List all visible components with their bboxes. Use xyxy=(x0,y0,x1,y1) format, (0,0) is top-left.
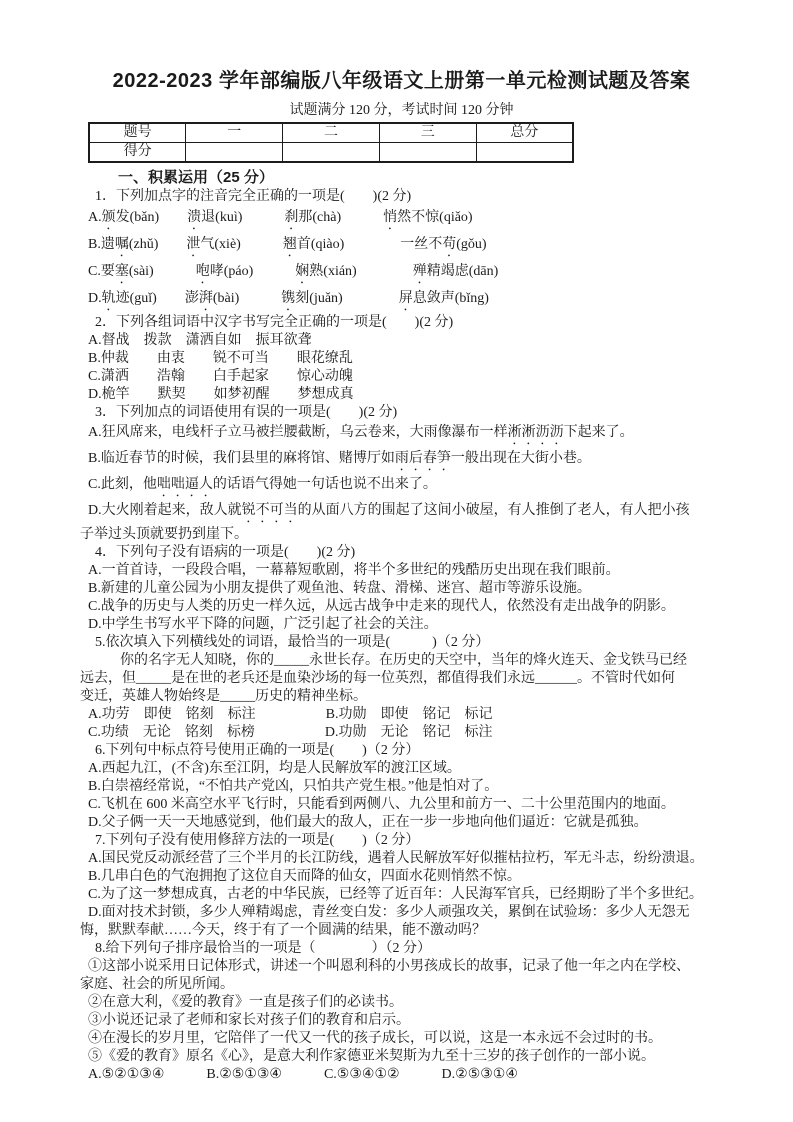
emphasis-dots: 屏 xyxy=(399,291,413,306)
emphasis-dots: 颁 xyxy=(102,210,116,225)
q1-option-a: A.颁发(bǎn) 溃退(kuì) 刹那(chà) 悄然不惊(qiǎo) xyxy=(80,206,723,233)
q7-option-d: D.面对技术封锁，多少人殚精竭虑，青丝变白发：多少人顽强攻关，累倒在试验场：多少… xyxy=(80,904,723,922)
q1-option-d: D.轨迹(guǐ) 澎湃(bài) 镌刻(juǎn) 屏息敛声(bǐng) xyxy=(80,287,723,314)
emphasis-dots: 淅淅沥沥 xyxy=(508,425,564,440)
emphasis-dots: 镌 xyxy=(281,291,295,306)
score-table-header-cell: 总分 xyxy=(476,123,573,143)
q3-option-d-wrap: 子举过头顶就要扔到崖下。 xyxy=(80,526,723,544)
exam-page: 2022-2023 学年部编版八年级语文上册第一单元检测试题及答案 试题满分 1… xyxy=(0,0,793,1084)
emphasis-dots: 咆 xyxy=(196,264,210,279)
score-table-header-cell: 二 xyxy=(283,123,380,143)
q8-sentence-2: ②在意大利，《爱的教育》一直是孩子们的必读书。 xyxy=(80,994,723,1012)
emphasis-dots: 锐不可当 xyxy=(242,503,298,518)
score-table-header-cell: 三 xyxy=(379,123,476,143)
emphasis-dots: 刹 xyxy=(284,210,298,225)
q6-stem: 6.下列句中标点符号使用正确的一项是( )（2 分） xyxy=(80,742,723,760)
q7-option-a: A.国民党反动派经营了三个半月的长江防线，遇着人民解放军好似摧枯拉朽，军无斗志，… xyxy=(80,850,723,868)
page-title: 2022-2023 学年部编版八年级语文上册第一单元检测试题及答案 xyxy=(80,68,723,95)
q4-stem: 4．下列句子没有语病的一项是( )(2 分) xyxy=(80,544,723,562)
content-lines: 1．下列加点字的注音完全正确的一项是( )(2 分)A.颁发(bǎn) 溃退(k… xyxy=(80,188,723,1084)
q1-option-b: B.遗嘱(zhǔ) 泄气(xiè) 翘首(qiào) 一丝不苟(gǒu) xyxy=(80,233,723,260)
q4-option-d: D.中学生书写水平下降的问题，广泛引起了社会的关注。 xyxy=(80,616,723,634)
emphasis-dots: 湃 xyxy=(199,291,213,306)
q8-sentence-1-wrap: 家庭、社会的所见所闻。 xyxy=(80,976,723,994)
q6-option-b: B.白崇禧经常说，“不怕共产党凶，只怕共产党生根。”他是怕对了。 xyxy=(80,778,723,796)
score-cell-empty xyxy=(186,143,283,163)
emphasis-dots: 悄 xyxy=(383,210,397,225)
score-table-header-row: 题号 一 二 三 总分 xyxy=(89,123,573,143)
emphasis-dots: 雨后春笋 xyxy=(395,451,451,466)
q7-stem: 7.下列句子没有使用修辞方法的一项是( )（2 分） xyxy=(80,832,723,850)
q3-option-a: A.狂风席来，电线杆子立马被拦腰截断，乌云卷来，大雨像瀑布一样淅淅沥沥下起来了。 xyxy=(80,422,723,448)
emphasis-dots: 轨 xyxy=(102,291,116,306)
q8-sentence-5: ⑤《爱的教育》原名《心》，是意大利作家德亚米契斯为九至十三岁的孩子创作的一部小说… xyxy=(80,1048,723,1066)
q4-option-c: C.战争的历史与人类的历史一样久远，从远古战争中走来的现代人，依然没有走出战争的… xyxy=(80,598,723,616)
q4-option-b: B.新建的儿童公园为小朋友提供了观鱼池、转盘、滑梯、迷宫、超市等游乐设施。 xyxy=(80,580,723,598)
q2-option-b: B.仲裁 由衷 锐不可当 眼花缭乱 xyxy=(80,350,723,368)
q3-option-b: B.临近春节的时候，我们县里的麻将馆、赌博厅如雨后春笋一般出现在大街小巷。 xyxy=(80,448,723,474)
q3-option-c: C.此刻，他咄咄逼人的话语气得她一句话也说不出来了。 xyxy=(80,474,723,500)
q5-passage-3: 变迁，英雄人物始终是_____历史的精神坐标。 xyxy=(80,688,723,706)
q2-stem: 2．下列各组词语中汉字书写完全正确的一项是( )(2 分) xyxy=(80,314,723,332)
q1-stem: 1．下列加点字的注音完全正确的一项是( )(2 分) xyxy=(80,188,723,206)
emphasis-dots: 娴 xyxy=(295,264,309,279)
q8-sentence-4: ④在漫长的岁月里，它陪伴了一代又一代的孩子成长，可以说，这是一本永远不会过时的书… xyxy=(80,1030,723,1048)
emphasis-dots: 泄 xyxy=(186,237,200,252)
emphasis-dots: 苟 xyxy=(442,237,456,252)
emphasis-dots: 殚 xyxy=(413,264,427,279)
score-table-header-cell: 题号 xyxy=(89,123,186,143)
q1-option-c: C.要塞(sài) 咆哮(páo) 娴熟(xián) 殚精竭虑(dān) xyxy=(80,260,723,287)
q7-option-b: B.几串白色的气泡拥抱了这位自天而降的仙女，四面水花则悄然不惊。 xyxy=(80,868,723,886)
emphasis-dots: 翘 xyxy=(283,237,297,252)
q8-stem: 8.给下列句子排序最恰当的一项是（ ）（2 分） xyxy=(80,940,723,958)
q5-options-cd: C.功绩 无论 铭刻 标榜 D.功勋 无论 铭记 标注 xyxy=(80,724,723,742)
q8-sentence-3: ③小说还记录了老师和家长对孩子们的教育和启示。 xyxy=(80,1012,723,1030)
q6-option-a: A.西起九江，(不含)东至江阴，均是人民解放军的渡江区域。 xyxy=(80,760,723,778)
q4-option-a: A.一首首诗，一段段合唱，一幕幕短歌剧，将半个多世纪的残酷历史出现在我们眼前。 xyxy=(80,562,723,580)
score-table: 题号 一 二 三 总分 得分 xyxy=(88,122,574,163)
score-cell-empty xyxy=(283,143,380,163)
q5-passage-2: 远去，但_____是在世的老兵还是血染沙场的每一位英烈，都值得我们永远_____… xyxy=(80,670,723,688)
page-subtitle: 试题满分 120 分，考试时间 120 分钟 xyxy=(80,102,723,119)
q8-choices: A.⑤②①③④ B.②⑤①③④ C.⑤③④①② D.②⑤③①④ xyxy=(80,1066,723,1084)
q7-option-d-wrap: 悔，默默奉献……今天，终于有了一个圆满的结果，能不激动吗？ xyxy=(80,922,723,940)
q8-sentence-1: ①这部小说采用日记体形式，讲述一个叫恩利科的小男孩成长的故事，记录了他一年之内在… xyxy=(80,958,723,976)
section-heading: 一、积累运用（25 分） xyxy=(80,168,723,188)
emphasis-dots: 塞 xyxy=(115,264,129,279)
score-table-score-row: 得分 xyxy=(89,143,573,163)
q5-options-ab: A.功劳 即使 铭刻 标注 B.功勋 即使 铭记 标记 xyxy=(80,706,723,724)
q6-option-c: C.飞机在 600 米高空水平飞行时，只能看到两侧八、九公里和前方一、二十公里范… xyxy=(80,796,723,814)
emphasis-dots: 溃 xyxy=(187,210,201,225)
q3-option-d: D.大火刚着起来，敌人就锐不可当的从面八方的围起了这间小破屋，有人推倒了老人，有… xyxy=(80,500,723,526)
score-cell-empty xyxy=(379,143,476,163)
emphasis-dots: 咄咄逼人 xyxy=(157,477,213,492)
emphasis-dots: 嘱 xyxy=(115,237,129,252)
q2-option-a: A.督战 拨款 潇洒自如 振耳欲聋 xyxy=(80,332,723,350)
q5-passage-1: 你的名字无人知晓，你的_____永世长存。在历史的天空中，当年的烽火连天、金戈铁… xyxy=(80,652,723,670)
q7-option-c: C.为了这一梦想成真，古老的中华民族，已经等了近百年：人民海军官兵，已经期盼了半… xyxy=(80,886,723,904)
score-row-label: 得分 xyxy=(89,143,186,163)
q6-option-d: D.父子俩一天一天地感觉到，他们最大的敌人，正在一步一步地向他们逼近：它就是孤独… xyxy=(80,814,723,832)
q3-stem: 3．下列加点的词语使用有误的一项是( )(2 分) xyxy=(80,404,723,422)
q2-option-d: D.桅竿 默契 如梦初醒 梦想成真 xyxy=(80,386,723,404)
q2-option-c: C.潇洒 浩翰 白手起家 惊心动魄 xyxy=(80,368,723,386)
score-cell-empty xyxy=(476,143,573,163)
score-table-header-cell: 一 xyxy=(186,123,283,143)
q5-stem: 5.依次填入下列横线处的词语，最恰当的一项是( )（2 分） xyxy=(80,634,723,652)
